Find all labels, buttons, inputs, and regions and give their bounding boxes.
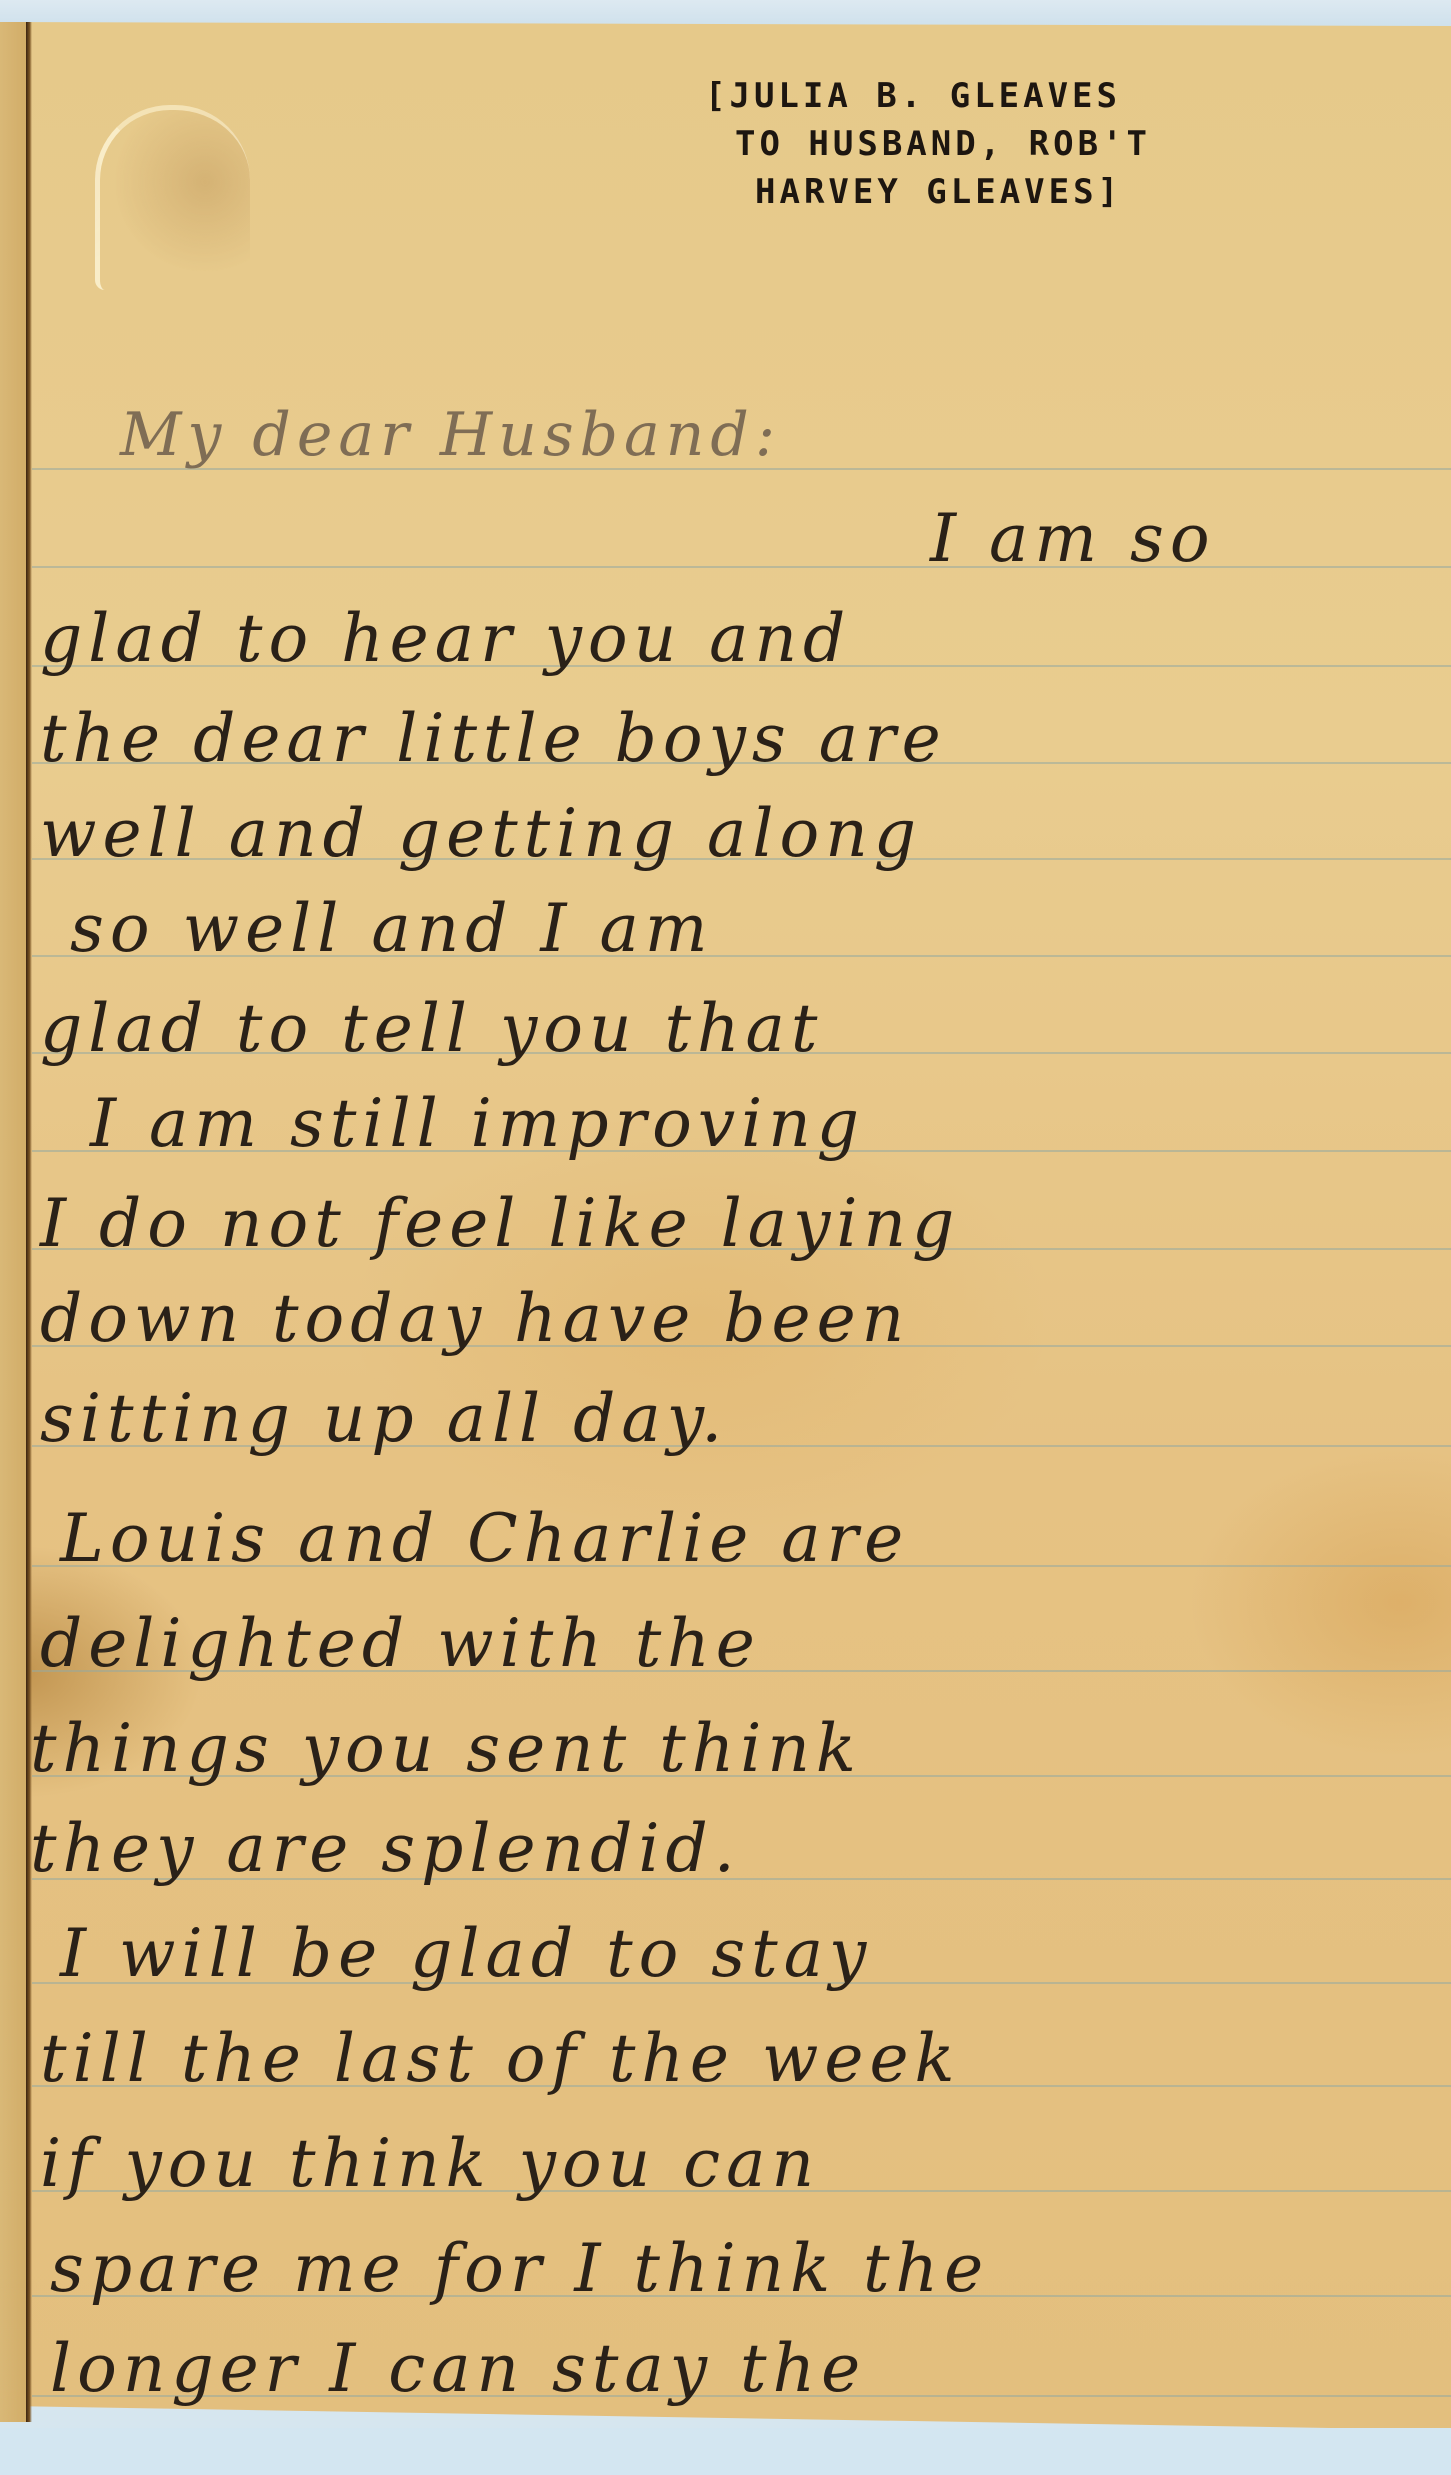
ruled-line: [32, 566, 1451, 568]
letter-line: down today have been: [40, 1280, 910, 1357]
annotation-line: HARVEY GLEAVES]: [705, 168, 1265, 216]
letter-line: so well and I am: [70, 890, 713, 967]
letter-line: I do not feel like laying: [40, 1185, 960, 1262]
letter-line: I am still improving: [90, 1085, 865, 1162]
salutation: My dear Husband:: [120, 400, 781, 470]
letter-line: they are splendid.: [30, 1810, 741, 1887]
letter-line: I will be glad to stay: [60, 1915, 872, 1992]
annotation-line: [JULIA B. GLEAVES: [705, 72, 1265, 120]
letter-line: well and getting along: [40, 795, 922, 872]
letter-line: Louis and Charlie are: [60, 1500, 909, 1577]
embossed-stationery-mark-icon: [95, 105, 250, 290]
letter-line: glad to hear you and: [40, 600, 851, 677]
letter-line: sitting up all day.: [40, 1380, 728, 1457]
scan-background-top: [0, 0, 1451, 26]
page-fold-margin: [0, 22, 26, 2422]
letter-line: glad to tell you that: [40, 990, 823, 1067]
letter-line: things you sent think: [30, 1710, 862, 1787]
letter-line: till the last of the week: [40, 2020, 961, 2097]
archival-annotation: [JULIA B. GLEAVES TO HUSBAND, ROB'T HARV…: [705, 72, 1265, 216]
scan-background-bottom: [0, 2428, 1451, 2475]
letter-line: if you think you can: [40, 2125, 820, 2202]
letter-line: longer I can stay the: [50, 2330, 866, 2407]
letter-line: spare me for I think the: [50, 2230, 989, 2307]
annotation-line: TO HUSBAND, ROB'T: [705, 120, 1265, 168]
page-fold-line: [26, 22, 32, 2422]
letter-line: I am so: [930, 500, 1216, 577]
letter-line: delighted with the: [40, 1605, 761, 1682]
letter-line: the dear little boys are: [40, 700, 947, 777]
